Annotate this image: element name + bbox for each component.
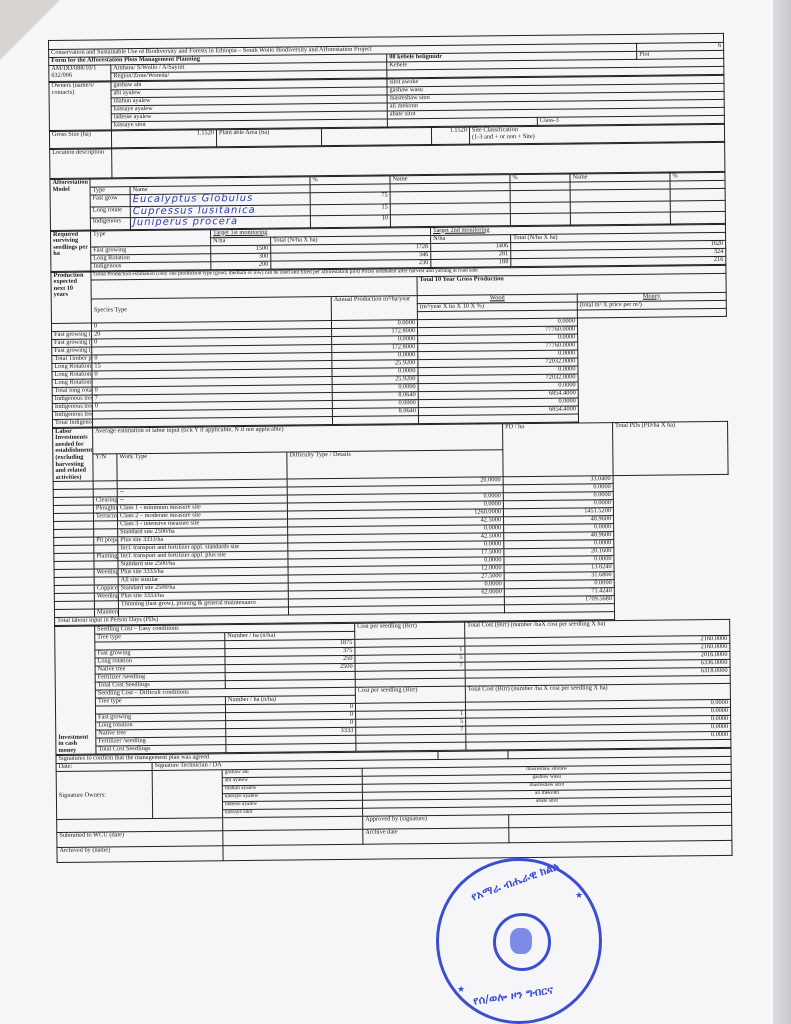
seedlings-label: Required surviving seedlings per ha bbox=[51, 231, 91, 271]
work-type bbox=[94, 601, 118, 609]
site-classification-sub: (1-3 and + or non + Site) bbox=[472, 132, 722, 141]
afforestation-model-label: Afforestation Model bbox=[50, 179, 91, 230]
labor-heading: Average estimation of labor input (tick … bbox=[93, 423, 503, 454]
afforestation-type: Fast grow bbox=[90, 195, 130, 207]
species-type: Fast growing (good) bbox=[52, 331, 92, 339]
afforestation-form: Conservation and Sustainable Use of Biod… bbox=[48, 33, 733, 863]
difficulty-header: Difficulty Type / Details bbox=[287, 450, 503, 479]
stamp-bottom-text: የሰ/ወሎ ዞን ግብርና bbox=[472, 983, 554, 1008]
afforestation-type: Long rotate bbox=[90, 206, 130, 218]
afforestation-type: Indigenous bbox=[90, 218, 130, 230]
official-stamp: የአማራ ብሔራዊ ክልል የሰ/ወሎ ዞን ግብርና ★ ★ bbox=[436, 858, 602, 1024]
seedling-n2[interactable]: 188 bbox=[431, 258, 511, 267]
seedlings-table: Required surviving seedlings per haTypeT… bbox=[50, 223, 726, 271]
location-label: Location description bbox=[50, 149, 112, 179]
page-edge bbox=[773, 0, 791, 1024]
gross-size-label: Gross Size (ha) bbox=[49, 131, 111, 149]
labor-label: Labor Investments needed for establishme… bbox=[53, 428, 94, 482]
work-type: Weeding year 1 bbox=[94, 569, 118, 577]
archive-date-label: Archive date bbox=[363, 828, 509, 845]
emblem-icon bbox=[510, 928, 532, 954]
work-type: Ploughing bbox=[93, 505, 117, 513]
species-type-header: Species Type bbox=[91, 296, 331, 323]
stamp-emblem bbox=[493, 913, 551, 971]
archived-by-label: Archived by (name) bbox=[57, 846, 223, 863]
species-type: Total Timber production after 10 years bbox=[52, 355, 92, 363]
species-pct[interactable]: 10 bbox=[310, 215, 390, 227]
signatures-table: Signatures to confirm that the managemen… bbox=[55, 748, 732, 863]
work-type: Pit preparation bbox=[94, 537, 118, 545]
species-type: Long Rotation (good) bbox=[52, 363, 92, 371]
gross-size-value[interactable]: 1.1520 bbox=[111, 130, 216, 148]
star-icon: ★ bbox=[575, 891, 583, 901]
species-type: Total Indigenous wood stocks 10 years bbox=[52, 419, 92, 427]
work-type: Coppice management bbox=[94, 585, 118, 593]
species-type: Fast growing (medium) bbox=[52, 339, 92, 347]
type-header: Type bbox=[90, 229, 210, 246]
labor-table: Labor Investments needed for establishme… bbox=[52, 420, 730, 626]
work-type: Terracing, Water harvesting bbox=[93, 513, 117, 521]
work-type bbox=[94, 577, 118, 585]
plot-id[interactable]: AM/DD/088/10/1 632/006 bbox=[49, 65, 111, 82]
work-type bbox=[93, 481, 117, 489]
plantable-area-label: Plant able Area (ha) bbox=[216, 129, 321, 147]
work-type bbox=[94, 561, 118, 569]
stamp-top-text: የአማራ ብሔራዊ ክልል bbox=[469, 860, 561, 905]
afforestation-model-table: Afforestation Model%Name%Name% TypeName … bbox=[49, 172, 726, 231]
submitted-label: Submitted to WCU (date) bbox=[57, 831, 223, 848]
work-type-header: Work Type bbox=[117, 452, 287, 481]
work-type bbox=[94, 529, 118, 537]
cost-per-seedling-header: Cost per seedling (Birr) bbox=[355, 687, 465, 704]
species-pct[interactable]: 15 bbox=[310, 203, 390, 215]
work-type bbox=[94, 521, 118, 529]
work-type: Weeding year 2-5 bbox=[94, 593, 118, 601]
plantable-area-value[interactable]: 1.1520 bbox=[431, 127, 469, 144]
investment-label: Investment in cash money bbox=[55, 626, 96, 754]
submitted-field[interactable] bbox=[223, 830, 363, 846]
species-type: Indigenous trees (low) bbox=[52, 411, 92, 419]
work-type: Planting bbox=[94, 553, 118, 561]
header-table: Conservation and Sustainable Use of Biod… bbox=[48, 33, 724, 82]
wood-volume[interactable] bbox=[332, 415, 418, 424]
star-icon: ★ bbox=[457, 985, 465, 995]
seedling-n1[interactable]: 200 bbox=[211, 261, 271, 270]
owners-signature-label: Signature Owners: bbox=[56, 771, 152, 820]
owners-table: Owners (name/s/ contacts)gashaw abisitot… bbox=[48, 75, 724, 131]
species-pct[interactable]: 75 bbox=[310, 192, 390, 204]
annual-production-header: Annual Production m³/ha/year bbox=[331, 295, 417, 320]
species-type: Indigenous trees (good) bbox=[52, 395, 92, 403]
species-type: Long Rotation (medium) bbox=[52, 371, 92, 379]
production-table: Production expected next 10 yearsGross P… bbox=[50, 264, 728, 427]
species-type: Long Rotation (low) bbox=[52, 379, 92, 387]
work-type bbox=[94, 545, 118, 553]
species-type: Fast growing (low) bbox=[52, 347, 92, 355]
owners-label: Owners (name/s/ contacts) bbox=[49, 82, 111, 131]
production-label: Production expected next 10 years bbox=[51, 272, 92, 323]
cost-per-seedling-header: Cost per seedling (Birr) bbox=[355, 623, 465, 640]
work-type bbox=[93, 489, 117, 497]
work-type: Maintenance bbox=[94, 609, 118, 617]
species-type: Indigenous trees (medium) bbox=[52, 403, 92, 411]
investment-table: Investment in cash moneySeedling Cost – … bbox=[54, 619, 731, 755]
yn-header: Y/N bbox=[93, 454, 117, 481]
pd-header: PD / ha bbox=[503, 422, 614, 477]
work-type: Clearing bbox=[93, 497, 117, 505]
species-type: Total long rotate wood stocks 10 years bbox=[52, 387, 92, 395]
total-pd-header: Total PDs (PD/ha X ha) bbox=[613, 421, 729, 476]
